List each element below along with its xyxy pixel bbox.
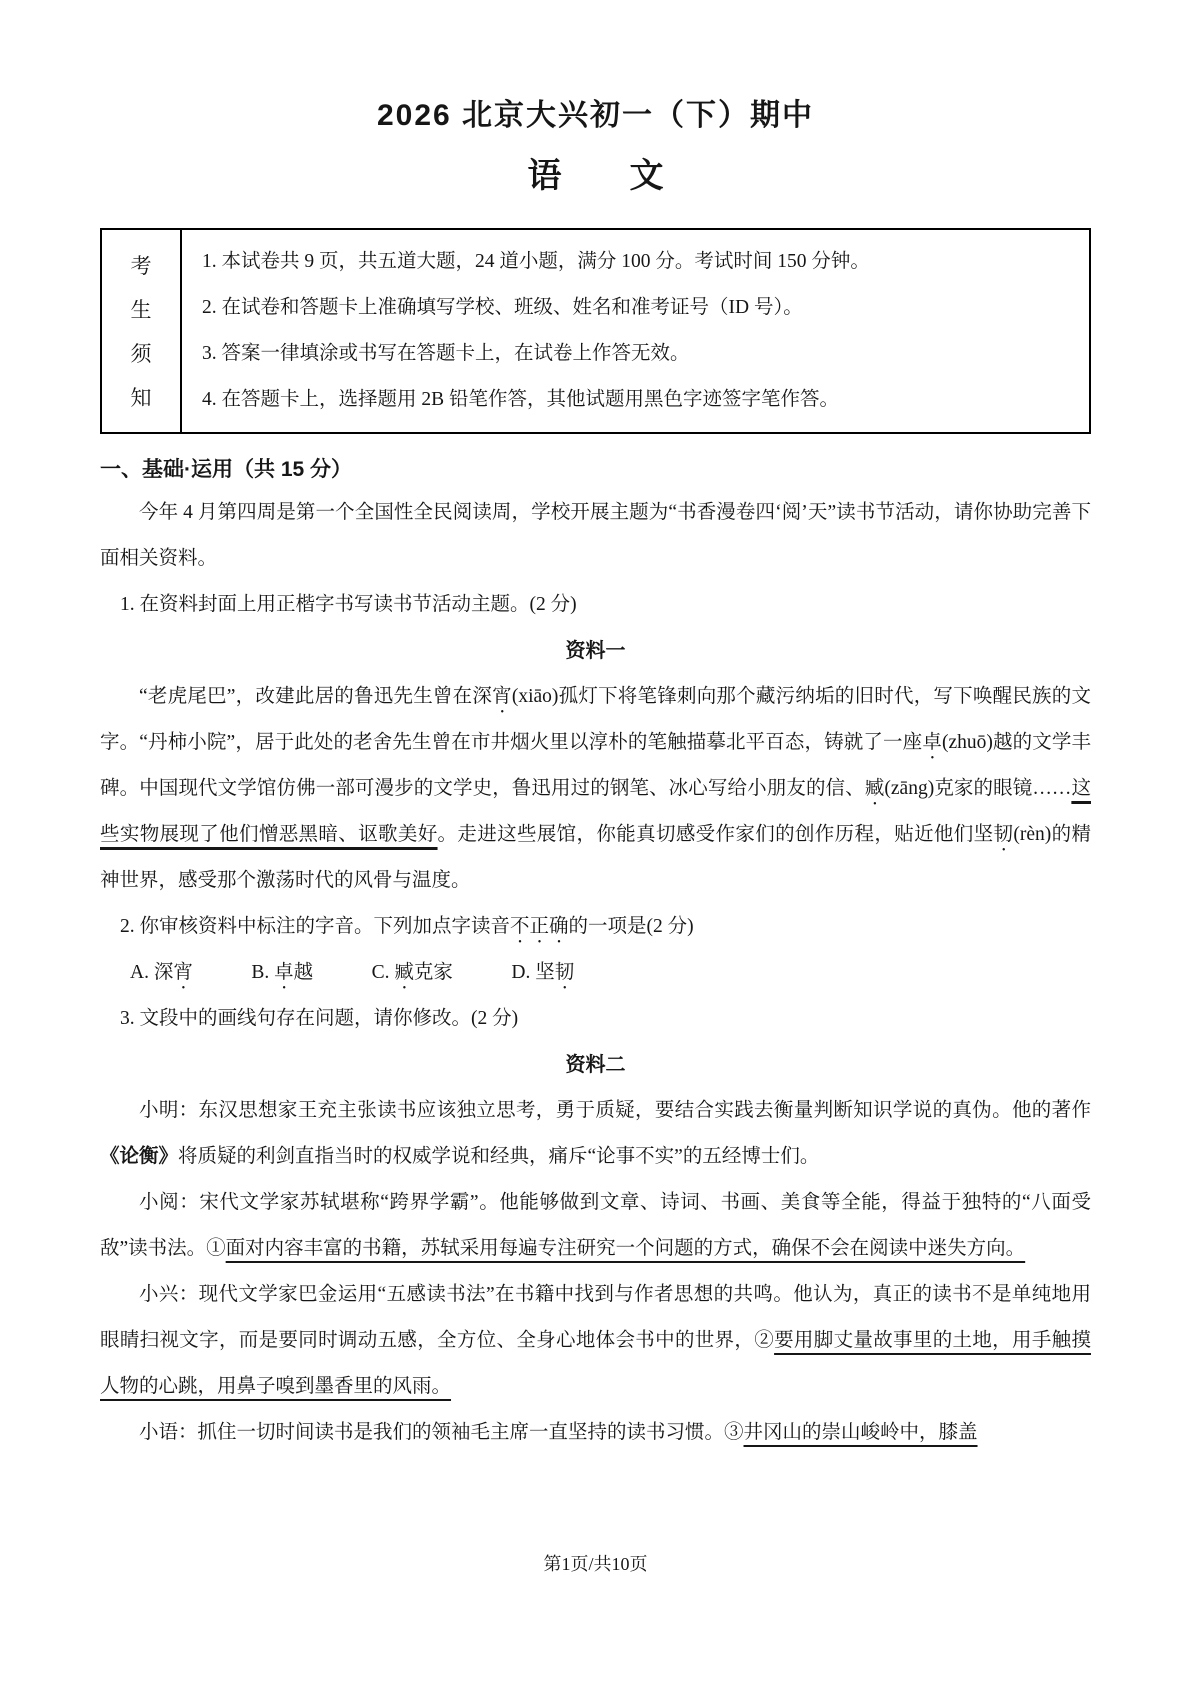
text-segment: 1. 在资料封面上用正楷字书写读书节活动主题。(2 分)	[120, 594, 577, 615]
text-segment: B.	[193, 962, 274, 983]
question-2: 2. 你审核资料中标注的字音。下列加点字读音不正确的一项是(2 分)	[100, 904, 1091, 950]
question-3: 3. 文段中的画线句存在问题，请你修改。(2 分)	[100, 996, 1091, 1042]
xiaoming-paragraph: 小明：东汉思想家王充主张读书应该独立思考，勇于质疑，要结合实践去衡量判断知识学说…	[100, 1088, 1091, 1180]
text-segment: 克家 D. 坚	[414, 962, 555, 983]
notice-item: 1. 本试卷共 9 页，共五道大题，24 道小题，满分 100 分。考试时间 1…	[202, 239, 1073, 285]
text-segment: 小语：抓住一切时间读书是我们的领袖毛主席一直坚持的读书习惯。③	[139, 1422, 744, 1443]
text-segment: 《论衡》	[100, 1146, 178, 1167]
text-segment: 的一项是(2 分)	[569, 916, 694, 937]
text-segment: 2. 你审核资料中标注的字音。下列加点字读音	[120, 916, 510, 937]
xiaoxing-paragraph: 小兴：现代文学家巴金运用“五感读书法”在书籍中找到与作者思想的共鸣。他认为，真正…	[100, 1272, 1091, 1410]
text-segment: 井冈山的崇山峻岭中，膝盖	[744, 1422, 978, 1443]
text-segment: 韧	[994, 824, 1014, 845]
notice-side-label: 考 生 须 知	[102, 230, 182, 432]
text-segment: 将质疑的利剑直指当时的权威学说和经典，痛斥“论事不实”的五经博士们。	[178, 1146, 819, 1167]
intro-paragraph: 今年 4 月第四周是第一个全国性全民阅读周，学校开展主题为“书香漫卷四‘阅’天”…	[100, 490, 1091, 582]
text-segment: 卓	[922, 732, 942, 753]
text-segment: 今年 4 月第四周是第一个全国性全民阅读周，学校开展主题为“书香漫卷四‘阅’天”…	[100, 502, 1091, 569]
text-segment: 小明：东汉思想家王充主张读书应该独立思考，勇于质疑，要结合实践去衡量判断知识学说…	[139, 1100, 1091, 1121]
text-segment: 韧	[555, 962, 575, 983]
text-segment: A. 深	[130, 962, 173, 983]
material-2-heading: 资料二	[100, 1042, 1091, 1088]
xiaoyu-paragraph: 小语：抓住一切时间读书是我们的领袖毛主席一直坚持的读书习惯。③井冈山的崇山峻岭中…	[100, 1410, 1091, 1456]
xiaoyue-paragraph: 小阅：宋代文学家苏轼堪称“跨界学霸”。他能够做到文章、诗词、书画、美食等全能，得…	[100, 1180, 1091, 1272]
question-2-options: A. 深宵 B. 卓越 C. 臧克家 D. 坚韧	[100, 950, 1091, 996]
text-segment: 臧	[865, 778, 885, 799]
document-body: 今年 4 月第四周是第一个全国性全民阅读周，学校开展主题为“书香漫卷四‘阅’天”…	[100, 490, 1091, 1456]
text-segment: 资料二	[566, 1054, 626, 1076]
notice-side-char: 考	[131, 250, 152, 280]
text-segment: 3. 文段中的画线句存在问题，请你修改。(2 分)	[120, 1008, 518, 1029]
text-segment: 宵	[173, 962, 193, 983]
text-segment: 越 C.	[294, 962, 395, 983]
question-1: 1. 在资料封面上用正楷字书写读书节活动主题。(2 分)	[100, 582, 1091, 628]
text-segment: 臧	[394, 962, 414, 983]
notice-side-char: 须	[131, 338, 152, 368]
subject-title: 语 文	[100, 154, 1091, 198]
exam-page: 2026 北京大兴初一（下）期中 语 文 考 生 须 知 1. 本试卷共 9 页…	[0, 0, 1191, 1684]
text-segment: 面对内容丰富的书籍，苏轼采用每遍专注研究一个问题的方式，确保不会在阅读中迷失方向…	[226, 1238, 1026, 1259]
page-title: 2026 北京大兴初一（下）期中	[100, 96, 1091, 136]
notice-item: 2. 在试卷和答题卡上准确填写学校、班级、姓名和准考证号（ID 号）。	[202, 285, 1073, 331]
notice-box: 考 生 须 知 1. 本试卷共 9 页，共五道大题，24 道小题，满分 100 …	[100, 228, 1091, 434]
text-segment: (zāng)克家的眼镜……	[884, 778, 1071, 799]
notice-item: 3. 答案一律填涂或书写在答题卡上，在试卷上作答无效。	[202, 331, 1073, 377]
notice-items: 1. 本试卷共 9 页，共五道大题，24 道小题，满分 100 分。考试时间 1…	[182, 230, 1089, 432]
text-segment: “老虎尾巴”，改建此居的鲁迅先生曾在深	[139, 686, 492, 707]
material-1-heading: 资料一	[100, 628, 1091, 674]
text-segment: 卓	[274, 962, 294, 983]
text-segment: 。走进这些展馆，你能真切感受作家们的创作历程，贴近他们坚	[438, 824, 994, 845]
page-footer: 第1页/共10页	[0, 1550, 1191, 1576]
text-segment: 不正确	[510, 916, 569, 937]
section-heading: 一、基础·运用（共 15 分）	[100, 450, 1091, 490]
text-segment: 资料一	[566, 640, 626, 662]
material-1-paragraph: “老虎尾巴”，改建此居的鲁迅先生曾在深宵(xiāo)孤灯下将笔锋刺向那个藏污纳垢…	[100, 674, 1091, 904]
notice-side-char: 生	[131, 294, 152, 324]
notice-item: 4. 在答题卡上，选择题用 2B 铅笔作答，其他试题用黑色字迹签字笔作答。	[202, 377, 1073, 423]
text-segment: 宵	[492, 686, 512, 707]
notice-side-char: 知	[131, 382, 152, 412]
